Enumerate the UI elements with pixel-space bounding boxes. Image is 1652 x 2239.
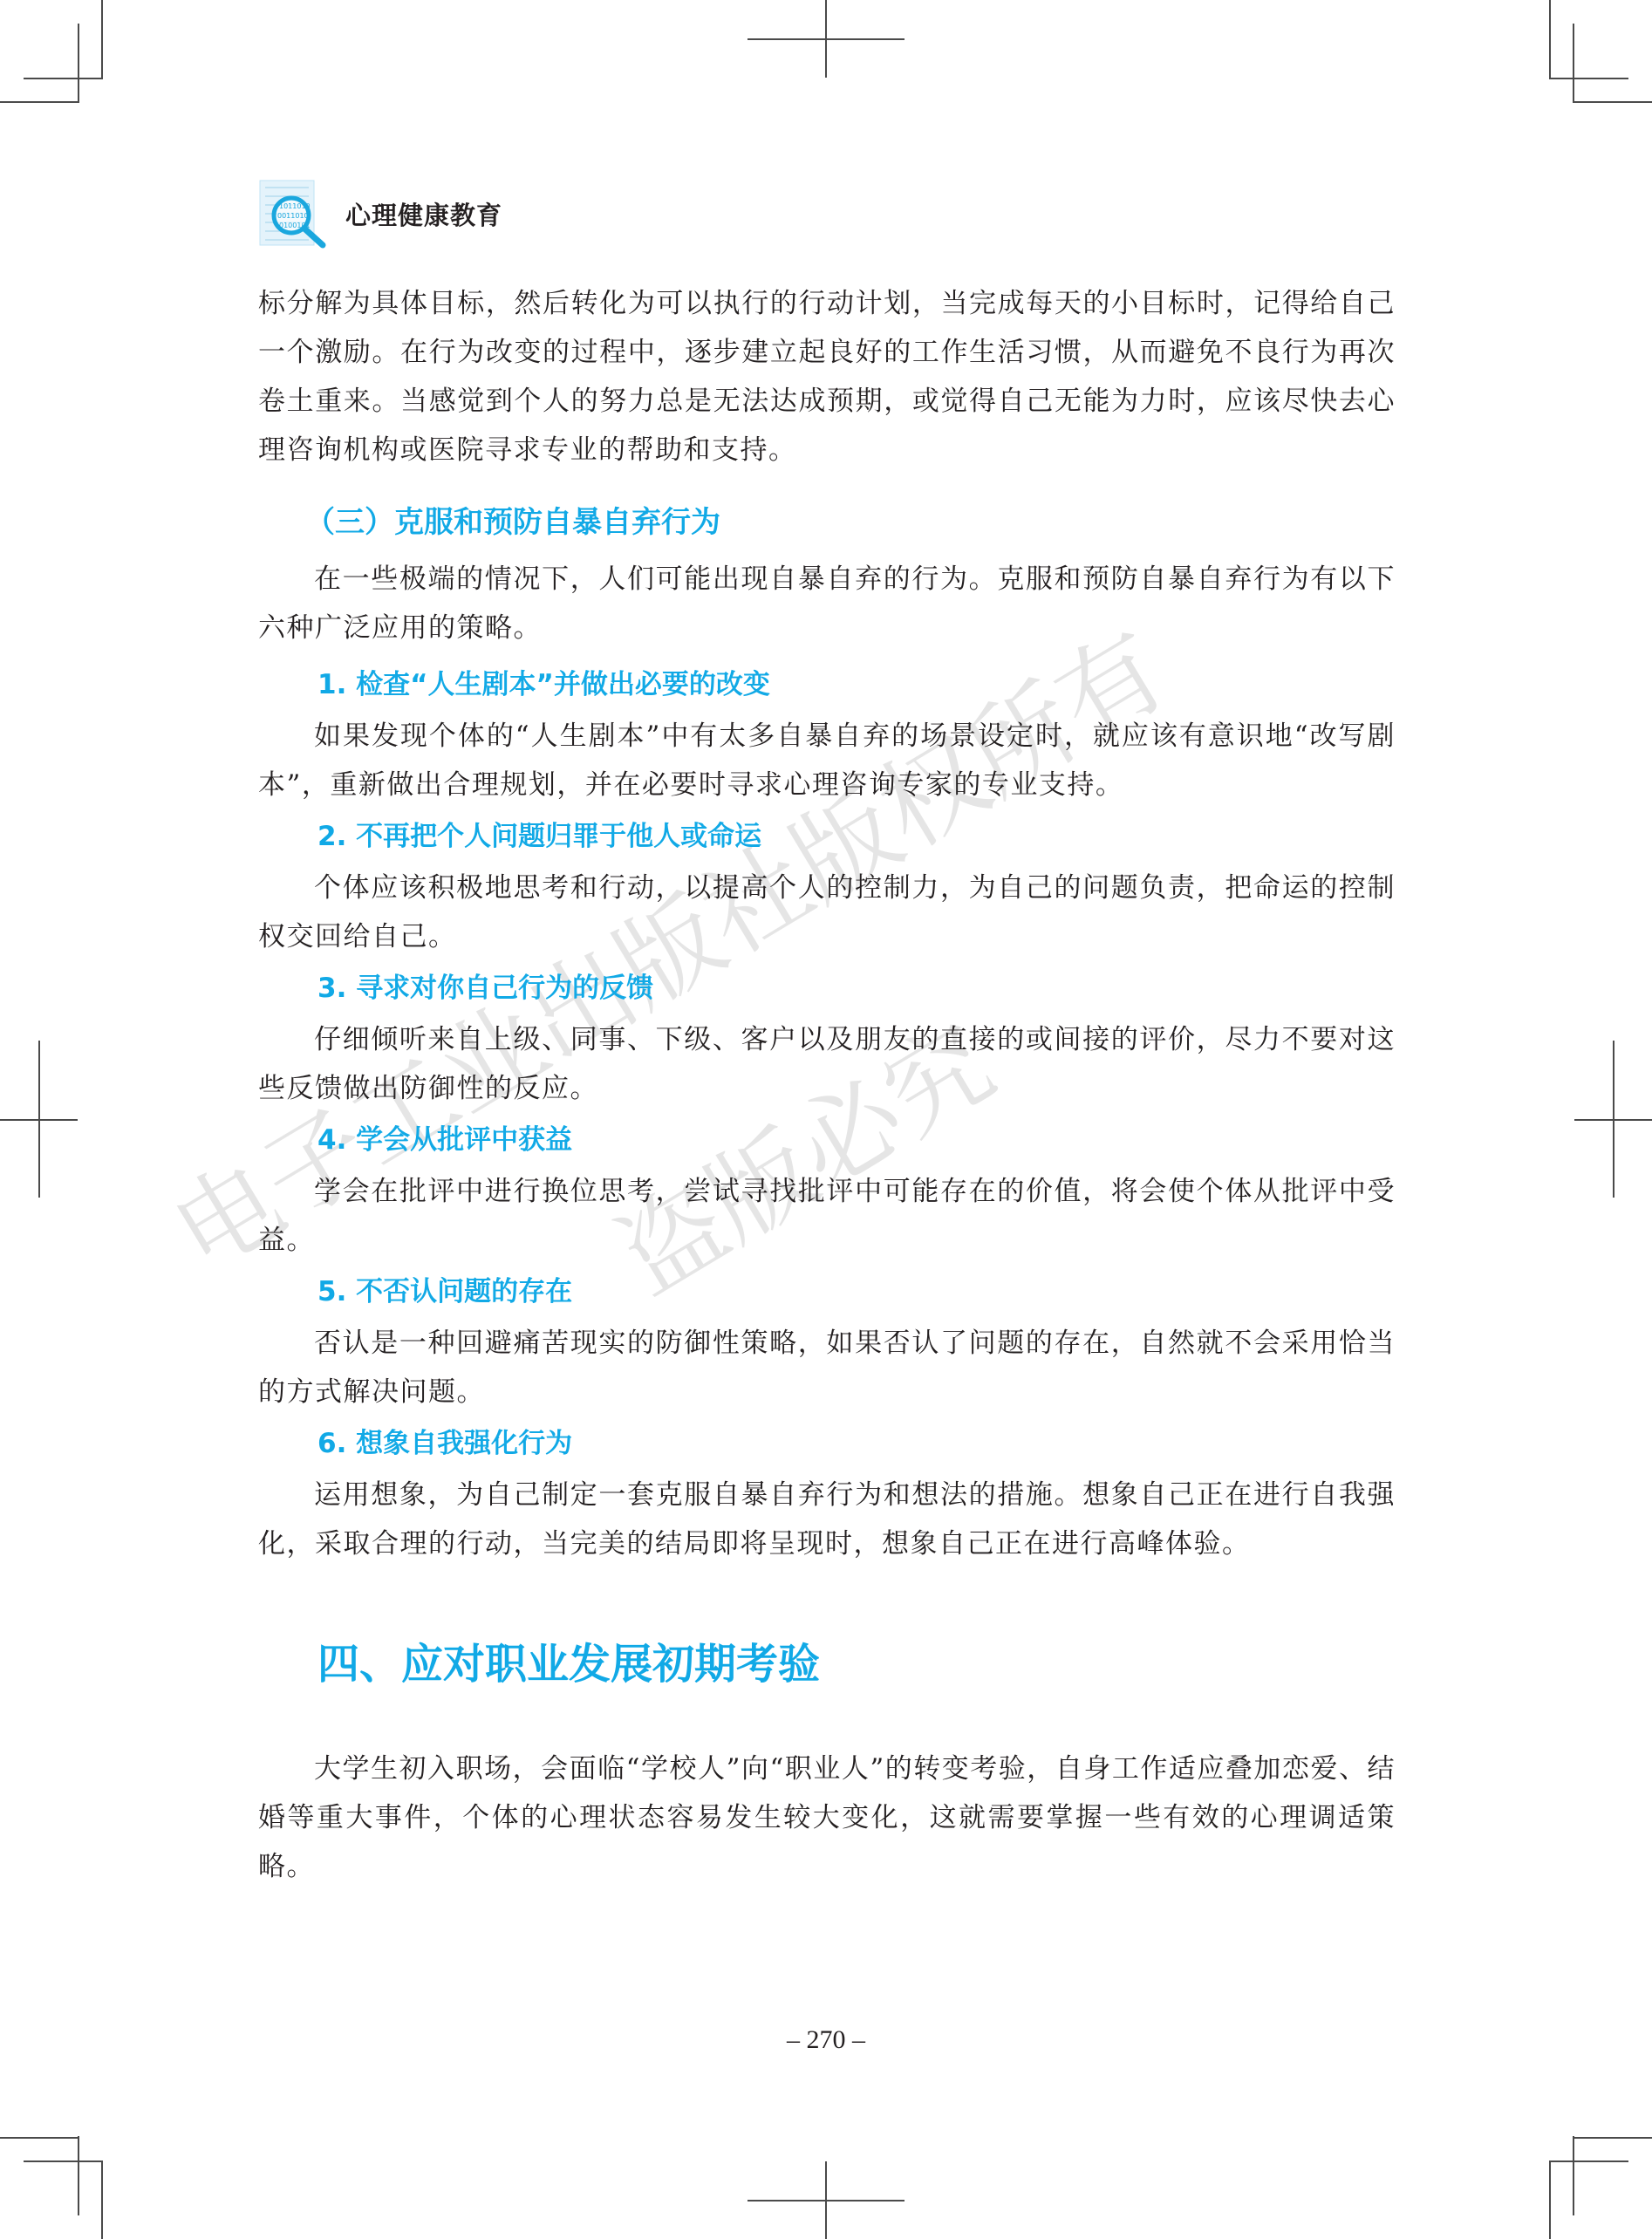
strategy-title-2: 2. 不再把个人问题归罪于他人或命运 — [258, 809, 1396, 864]
strategy-body-5: 否认是一种回避痛苦现实的防御性策略，如果否认了问题的存在，自然就不会采用恰当的方… — [258, 1319, 1396, 1416]
strategy-title-6: 6. 想象自我强化行为 — [258, 1416, 1396, 1471]
book-title: 心理健康教育 — [345, 196, 502, 232]
strategy-title-5: 5. 不否认问题的存在 — [258, 1265, 1396, 1319]
magnifier-over-document-icon: 1011010 0011010 0100101 — [258, 179, 330, 249]
strategy-title-3: 3. 寻求对你自己行为的反馈 — [258, 961, 1396, 1015]
section-lead: 在一些极端的情况下，人们可能出现自暴自弃的行为。克服和预防自暴自弃行为有以下六种… — [258, 555, 1396, 652]
strategy-body-1: 如果发现个体的“人生剧本”中有太多自暴自弃的场景设定时，就应该有意识地“改写剧本… — [258, 712, 1396, 809]
strategy-title-4: 4. 学会从批评中获益 — [258, 1113, 1396, 1167]
strategy-body-4: 学会在批评中进行换位思考，尝试寻找批评中可能存在的价值，将会使个体从批评中受益。 — [258, 1167, 1396, 1265]
chapter-body: 大学生初入职场，会面临“学校人”向“职业人”的转变考验，自身工作适应叠加恋爱、结… — [258, 1744, 1396, 1891]
strategy-body-3: 仔细倾听来自上级、同事、下级、客户以及朋友的直接的或间接的评价，尽力不要对这些反… — [258, 1015, 1396, 1113]
section-title: （三）克服和预防自暴自弃行为 — [258, 495, 1396, 550]
intro-paragraph: 标分解为具体目标，然后转化为可以执行的行动计划，当完成每天的小目标时，记得给自己… — [258, 279, 1396, 474]
strategy-body-2: 个体应该积极地思考和行动，以提高个人的控制力，为自己的问题负责，把命运的控制权交… — [258, 864, 1396, 961]
page-number: – 270 – — [0, 2025, 1652, 2055]
chapter-title: 四、应对职业发展初期考验 — [258, 1629, 1396, 1699]
strategy-title-1: 1. 检查“人生剧本”并做出必要的改变 — [258, 658, 1396, 712]
svg-text:1011010: 1011010 — [279, 202, 311, 210]
strategy-body-6: 运用想象，为自己制定一套克服自暴自弃行为和想法的措施。想象自己正在进行自我强化，… — [258, 1471, 1396, 1568]
svg-text:0011010: 0011010 — [277, 212, 309, 220]
running-header: 1011010 0011010 0100101 心理健康教育 — [258, 179, 502, 249]
page-body: 标分解为具体目标，然后转化为可以执行的行动计划，当完成每天的小目标时，记得给自己… — [258, 279, 1396, 1891]
